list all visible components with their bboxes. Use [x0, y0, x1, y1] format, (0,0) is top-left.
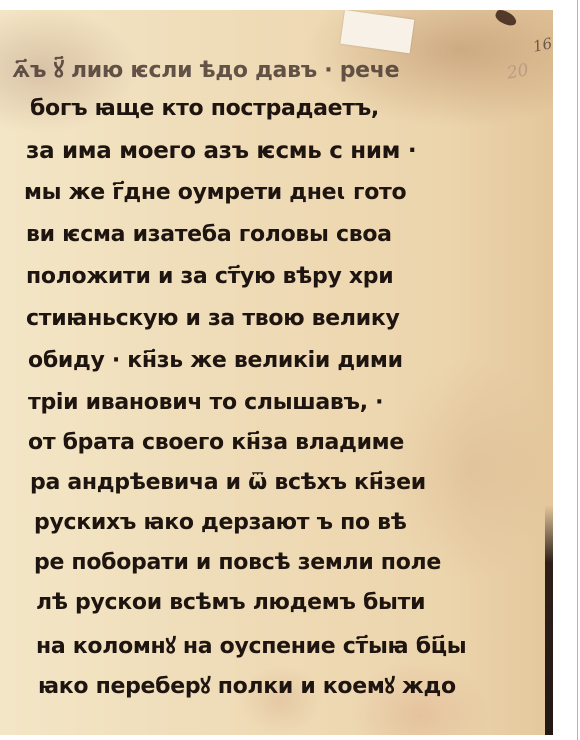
- text-line-5: ви ѥсма изатеба головы своа: [26, 222, 392, 247]
- page-edge-shadow: [545, 505, 553, 735]
- text-line-9: тріи иванович то слышавъ, ·: [28, 390, 383, 415]
- text-line-1: ѧ҃ъ ꙋ҃ лию ѥсли ѣдо давъ · рече: [12, 54, 399, 84]
- text-line-11: ра андрѣевича и ѿ всѣхъ кн҃зеи: [30, 470, 426, 495]
- text-line-2: богъ ꙗще кто пострадаетъ,: [30, 96, 379, 121]
- text-line-7: стиꙗньскую и за твою велику: [26, 306, 400, 331]
- manuscript-page: 16 20 ѧ҃ъ ꙋ҃ лию ѥсли ѣдо давъ · рече бо…: [0, 10, 553, 735]
- text-line-15: на коломнꙋ на оуспение ст҃ыꙗ бц҃ы: [36, 630, 466, 660]
- paper-slip: [340, 10, 414, 53]
- text-line-8: обиду · кн҃зь же великіи дими: [28, 348, 403, 373]
- text-line-4: мы же г҃дне оумрети днеꙇ гото: [24, 180, 406, 205]
- text-line-16: ꙗко переберꙋ полки и коемꙋ ждо: [38, 670, 456, 700]
- text-line-3: за има моего азъ ѥсмь с ним ·: [26, 138, 416, 164]
- folio-number-secondary: 20: [505, 60, 530, 83]
- text-line-10: от брата своего кн҃за владиме: [28, 430, 404, 455]
- ink-blot: [493, 10, 518, 28]
- text-line-12: рускихъ ꙗко дерзают ъ по вѣ: [34, 510, 407, 535]
- text-line-14: лѣ рускои всѣмъ людемъ быти: [36, 590, 425, 615]
- frame-edge-line: [577, 0, 578, 740]
- text-line-6: положити и за ст҃ую вѣру хри: [26, 264, 393, 289]
- text-line-13: ре поборати и повсѣ земли поле: [34, 550, 441, 575]
- scan-frame: 16 20 ѧ҃ъ ꙋ҃ лию ѥсли ѣдо давъ · рече бо…: [0, 0, 580, 740]
- folio-number-primary: 16: [531, 34, 553, 56]
